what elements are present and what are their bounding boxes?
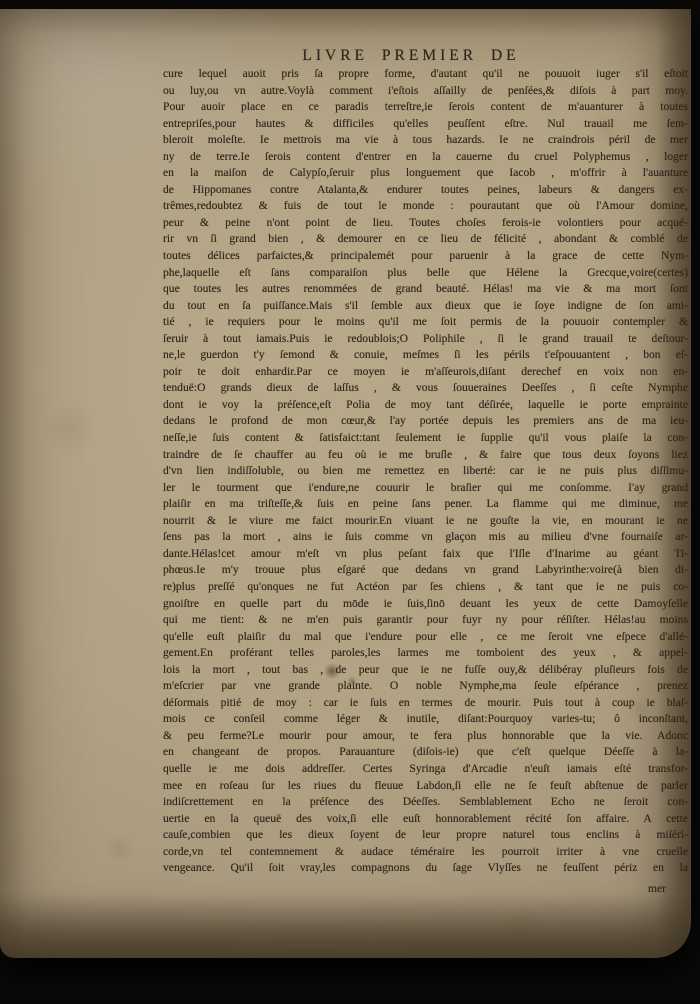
text-line: dont ie voy la préſence,eſt Polia de moy… <box>163 397 688 414</box>
running-title: LIVRE PREMIER DE <box>278 47 544 65</box>
text-line: lois la mort , tout bas , de peur que ie… <box>163 662 688 679</box>
text-line: tenduë:O grands dieux de laſſus , & vous… <box>163 380 688 397</box>
text-line: gnoiſtre en quelle part du mōde ie ſuis,… <box>163 596 688 613</box>
text-line: dedans le profond de mon cœur,& l'ay por… <box>163 413 688 430</box>
text-line: neſſe,ie ſuis content & ſatisfaict:tant … <box>163 430 688 447</box>
text-line: que toutes les autres renommées de grand… <box>163 281 688 298</box>
text-line: rir vn ſi grand bien , & demourer en ce … <box>163 231 688 248</box>
text-line: cauſe,combien que les dieux ſoyent de le… <box>163 827 688 844</box>
text-line: indiſcrettement en la préſence des Déeſſ… <box>163 794 688 811</box>
text-line: phe,laquelle eſt ſans comparaiſon plus b… <box>163 265 688 282</box>
text-line: bleroit moleſte. Ie mettrois ma vie à to… <box>163 132 688 149</box>
text-line: ler le tourment que i'endure,ne couurir … <box>163 480 688 497</box>
text-line: nourrit & le viure me faict mourir.En vi… <box>163 513 688 530</box>
text-line: & peu ferme?Le mourir pour amour, te fer… <box>163 728 688 745</box>
text-line: peur & peine n'ont point de lieu. Toutes… <box>163 215 688 232</box>
text-line: en la maiſon de Calypſo,ſeruir plus long… <box>163 165 688 182</box>
text-line: ou luy,ou vn autre.Voylà comment i'eſtoi… <box>163 83 688 100</box>
text-line: déſormais pitié de moy : car ie ſuis en … <box>163 695 688 712</box>
text-line: ſens pas la mort , ains ie ſuis comme vn… <box>163 529 688 546</box>
text-line: uertie en la queuë des voix,ſi elle euſt… <box>163 811 688 828</box>
scanned-page: LIVRE PREMIER DE cure lequel auoit pris … <box>0 0 700 1004</box>
text-line: trêmes,redoubtez & fuis de tout le monde… <box>163 198 688 215</box>
text-line: toutes délices parfaictes,& principalemé… <box>163 248 688 265</box>
text-line: entrepriſes,pour hautes & difficiles qu'… <box>163 116 688 133</box>
text-line: ne,le guerdon t'y ſemond & conuie, meſme… <box>163 347 688 364</box>
text-line: corde,vn tel contemnement & audace témér… <box>163 844 688 861</box>
text-line: plaiſir en ma triſteſſe,& ſuis en peine … <box>163 496 688 513</box>
text-line: mee en roſeau ſur les riues du fleuue La… <box>163 778 688 795</box>
text-line: ny de terre.Ie ſerois content d'entrer e… <box>163 149 688 166</box>
text-line: tié , ie requiers pour le moins qu'il me… <box>163 314 688 331</box>
text-line: cure lequel auoit pris ſa propre forme, … <box>163 66 688 83</box>
text-line: du tout en ſa puiſſance.Mais s'il ſemble… <box>163 298 688 315</box>
text-line: gement.En proférant telles paroles,les l… <box>163 645 688 662</box>
text-line: qu'elle euſt plaiſir du mal que i'endure… <box>163 629 688 646</box>
catchword: mer <box>163 881 688 897</box>
text-block: cure lequel auoit pris ſa propre forme, … <box>163 66 688 897</box>
text-line: phœus.Ie m'y trouue plus eſgaré que deda… <box>163 562 688 579</box>
text-line: traindre de ſe chauffer au feu où ie me … <box>163 447 688 464</box>
text-line: quelle ie me dois addreſſer. Certes Syri… <box>163 761 688 778</box>
text-line: d'vn lien indiſſoluble, ou bien me remet… <box>163 463 688 480</box>
text-line: re)plus preſſé qu'onques ne fut Actéon p… <box>163 579 688 596</box>
text-line: en changeant de propos. Parauanture (diſ… <box>163 744 688 761</box>
text-line: poir te doit enhardir.Par ce moyen ie m'… <box>163 364 688 381</box>
text-line: qui me tient: & ne m'en puis garantir po… <box>163 612 688 629</box>
text-line: vengeance. Qu'il ſoit vray,les compagnon… <box>163 860 688 877</box>
text-line: mois ce conſeil comme léger & inutile, d… <box>163 711 688 728</box>
text-line: ſeruir à tout iamais.Puis ie redoublois;… <box>163 331 688 348</box>
paper-sheet: LIVRE PREMIER DE cure lequel auoit pris … <box>0 9 691 958</box>
text-line: de Hippomanes contre Atalanta,& endurer … <box>163 182 688 199</box>
text-line: dante.Hélas!cet amour m'eſt vn plus peſa… <box>163 546 688 563</box>
text-line: m'eſcrier par vne grande plainte. O nobl… <box>163 678 688 695</box>
text-line: Pour auoir place en ce paradis terreſtre… <box>163 99 688 116</box>
